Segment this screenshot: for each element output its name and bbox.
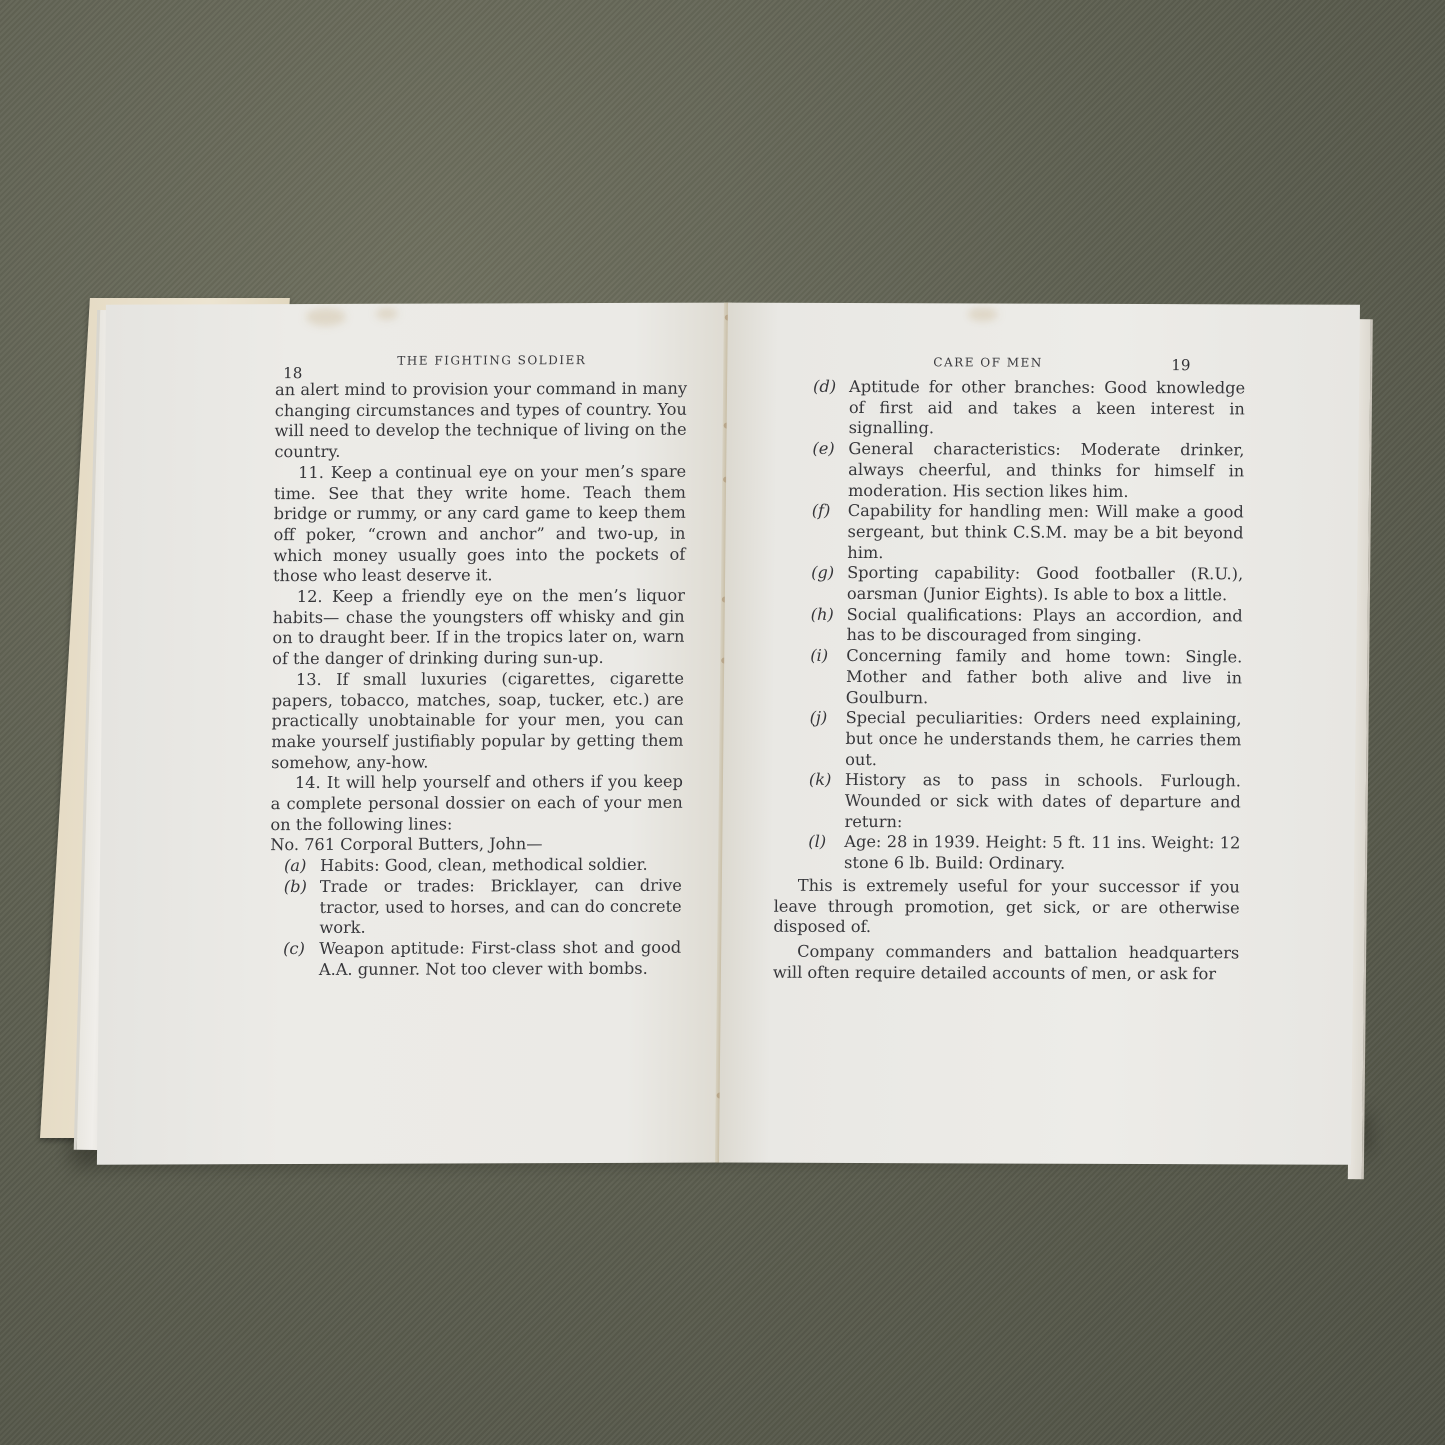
dossier-item-k: (k) History as to pass in schools. Furlo…	[774, 770, 1241, 834]
item-label: (a)	[284, 856, 307, 877]
item-label: (f)	[812, 501, 831, 522]
item-label: (l)	[808, 832, 826, 853]
item-text: Special peculiarities: Orders need expla…	[845, 708, 1242, 769]
item-label: (h)	[811, 605, 834, 626]
left-page-body: an alert mind to provision your command …	[269, 379, 687, 981]
dossier-item-c: (c) Weapon aptitude: First-class shot an…	[269, 938, 681, 981]
page-number-right: 19	[1171, 356, 1190, 374]
open-booklet: 18 THE FIGHTING SOLDIER an alert mind to…	[91, 296, 1365, 1189]
right-page-body: (d) Aptitude for other branches: Good kn…	[773, 377, 1245, 985]
item-label: (j)	[810, 708, 828, 729]
dossier-item-l: (l) Age: 28 in 1939. Height: 5 ft. 11 in…	[774, 832, 1240, 875]
item-text: Concerning family and home town: Single.…	[846, 646, 1243, 707]
paper-stain	[376, 308, 398, 320]
paragraph-13: 13. If small luxuries (cigarettes, cigar…	[271, 669, 684, 774]
dossier-item-f: (f) Capability for handling men: Will ma…	[777, 501, 1244, 565]
item-label: (g)	[811, 563, 834, 584]
item-label: (b)	[284, 877, 307, 898]
paper-stain	[306, 308, 346, 326]
dossier-item-g: (g) Sporting capability: Good footballer…	[777, 563, 1243, 606]
item-text: Age: 28 in 1939. Height: 5 ft. 11 ins. W…	[844, 832, 1240, 872]
item-text: Social qualifications: Plays an accordio…	[846, 605, 1242, 646]
paragraph: Company commanders and battalion headqua…	[773, 942, 1239, 985]
item-label: (d)	[813, 377, 836, 398]
item-text: Sporting capability: Good footballer (R.…	[847, 563, 1243, 604]
dossier-item-i: (i) Concerning family and home town: Sin…	[776, 646, 1243, 710]
item-text: General characteristics: Moderate drinke…	[848, 439, 1245, 500]
dossier-heading: No. 761 Corporal Butters, John—	[270, 834, 682, 856]
item-label: (c)	[283, 939, 305, 960]
paragraph-14: 14. It will help yourself and others if …	[270, 772, 683, 836]
dossier-item-d: (d) Aptitude for other branches: Good kn…	[779, 377, 1246, 441]
paragraph-12: 12. Keep a friendly eye on the men’s liq…	[272, 586, 685, 670]
item-label: (i)	[810, 646, 828, 667]
left-page: 18 THE FIGHTING SOLDIER an alert mind to…	[97, 303, 728, 1165]
dossier-item-b: (b) Trade or trades: Bricklayer, can dri…	[269, 876, 682, 940]
paper-stain	[968, 307, 998, 321]
right-page: CARE OF MEN 19 (d) Aptitude for other br…	[719, 303, 1360, 1165]
paragraph: an alert mind to provision your command …	[274, 379, 687, 463]
paragraph-11: 11. Keep a continual eye on your men’s s…	[273, 462, 686, 588]
dossier-item-a: (a) Habits: Good, clean, methodical sold…	[270, 855, 682, 877]
item-text: Capability for handling men: Will make a…	[847, 501, 1244, 562]
item-text: Trade or trades: Bricklayer, can drive t…	[319, 876, 682, 938]
item-text: History as to pass in schools. Furlough.…	[844, 770, 1241, 831]
dossier-item-j: (j) Special peculiarities: Orders need e…	[775, 708, 1242, 772]
item-text: Habits: Good, clean, methodical soldier.	[320, 855, 648, 875]
item-label: (e)	[812, 439, 834, 460]
item-text: Aptitude for other branches: Good knowle…	[849, 377, 1246, 438]
dossier-item-h: (h) Social qualifications: Plays an acco…	[776, 604, 1242, 647]
item-text: Weapon aptitude: First-class shot and go…	[319, 938, 681, 979]
running-head-right: CARE OF MEN	[933, 355, 1043, 369]
running-head-left: THE FIGHTING SOLDIER	[397, 353, 586, 368]
dossier-item-e: (e) General characteristics: Moderate dr…	[778, 439, 1245, 503]
item-label: (k)	[809, 770, 832, 791]
paragraph: This is extremely useful for your succes…	[773, 876, 1240, 940]
